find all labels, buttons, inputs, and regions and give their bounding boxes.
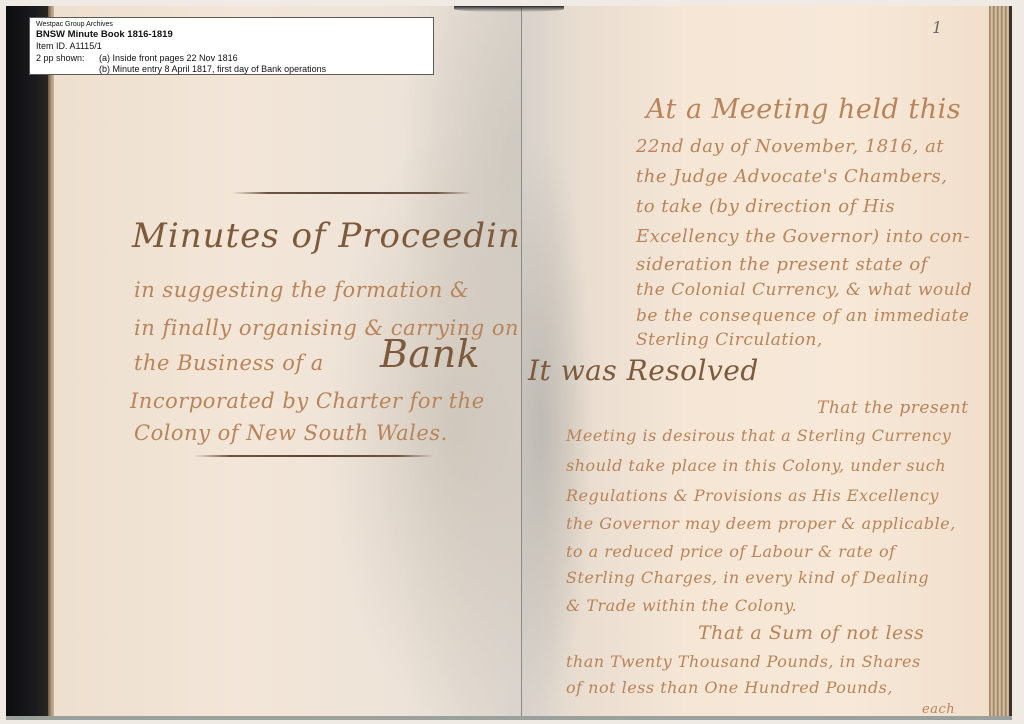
book-cover-left <box>6 6 48 720</box>
resolution-2-line-2: than Twenty Thousand Pounds, in Shares <box>566 652 921 671</box>
right-line-8: be the consequence of an immediate <box>636 306 969 326</box>
page-edge-right <box>989 6 1009 720</box>
resolution-1-line-4: Regulations & Provisions as His Excellen… <box>566 486 939 505</box>
decorative-rule-top <box>232 192 472 194</box>
right-line-4: to take (by direction of His <box>636 196 895 217</box>
label-item-id-row: Item ID. A1115/1 <box>36 41 427 53</box>
document-scan: Minutes of Proceedings in suggesting the… <box>0 0 1024 724</box>
left-page: Minutes of Proceedings in suggesting the… <box>54 6 522 720</box>
resolution-1-line-3: should take place in this Colony, under … <box>566 456 946 475</box>
resolution-1-line-7: Sterling Charges, in every kind of Deali… <box>566 568 929 587</box>
resolution-1-line-6: to a reduced price of Labour & rate of <box>566 542 896 561</box>
resolution-1-line-5: the Governor may deem proper & applicabl… <box>566 514 956 533</box>
label-title: BNSW Minute Book 1816-1819 <box>36 29 427 41</box>
decorative-rule-bottom <box>194 455 434 457</box>
catchword: each <box>922 702 955 717</box>
book-spread: Minutes of Proceedings in suggesting the… <box>54 6 989 720</box>
right-line-5: Excellency the Governor) into con- <box>636 226 970 247</box>
right-line-9: Sterling Circulation, <box>636 330 823 350</box>
right-page: 1 At a Meeting held this 22nd day of Nov… <box>522 6 989 720</box>
resolution-2-line-1: That a Sum of not less <box>698 622 924 644</box>
right-line-2: 22nd day of November, 1816, at <box>636 136 944 157</box>
resolution-1-line-1: That the present <box>817 398 969 418</box>
left-line-6: Colony of New South Wales. <box>134 421 448 445</box>
gutter-shadow <box>454 6 564 12</box>
resolution-2-line-3: of not less than One Hundred Pounds, <box>566 678 893 697</box>
resolved-heading: It was Resolved <box>528 354 759 387</box>
label-page-a: (a) Inside front pages 22 Nov 1816 <box>99 53 427 65</box>
right-line-7: the Colonial Currency, & what would <box>636 280 972 300</box>
resolution-1-line-2: Meeting is desirous that a Sterling Curr… <box>566 426 951 445</box>
book-cover-right <box>1009 6 1012 720</box>
emphasis-bank: Bank <box>380 332 480 376</box>
label-pages-row-2: (b) Minute entry 8 April 1817, first day… <box>36 64 427 76</box>
label-pages-key-spacer <box>36 64 99 76</box>
archive-label: Westpac Group Archives BNSW Minute Book … <box>29 17 434 75</box>
label-pages-row-1: 2 pp shown: (a) Inside front pages 22 No… <box>36 53 427 65</box>
page-number: 1 <box>932 18 942 37</box>
title-minutes-of-proceedings: Minutes of Proceedings <box>132 216 562 256</box>
scan-bottom-edge <box>6 716 1012 720</box>
label-organization: Westpac Group Archives <box>36 20 427 29</box>
label-page-b: (b) Minute entry 8 April 1817, first day… <box>99 64 427 76</box>
left-line-4: the Business of a <box>134 351 324 375</box>
book-gutter <box>521 6 522 720</box>
left-line-5: Incorporated by Charter for the <box>130 389 485 413</box>
left-line-2: in suggesting the formation & <box>134 278 469 302</box>
label-pages-key: 2 pp shown: <box>36 53 99 65</box>
right-line-6: sideration the present state of <box>636 254 928 275</box>
resolution-1-line-8: & Trade within the Colony. <box>566 596 797 615</box>
label-item-id: Item ID. A1115/1 <box>36 41 102 53</box>
right-line-3: the Judge Advocate's Chambers, <box>636 166 947 187</box>
meeting-heading: At a Meeting held this <box>646 94 961 125</box>
